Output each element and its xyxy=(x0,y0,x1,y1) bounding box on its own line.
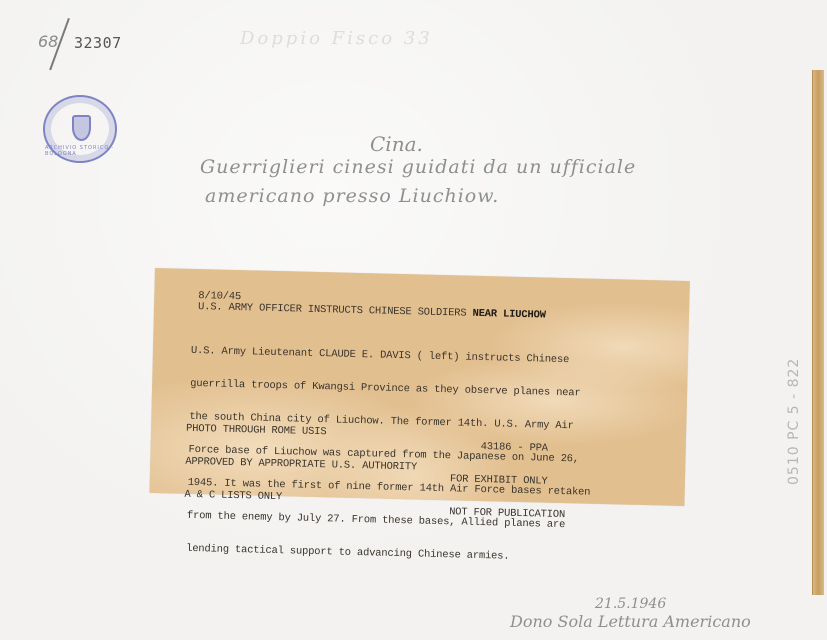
reference-line: NOT FOR PUBLICATION xyxy=(449,507,565,521)
body-line: lending tactical support to advancing Ch… xyxy=(186,544,589,565)
body-line: U.S. Army Lieutenant CLAUDE E. DAVIS ( l… xyxy=(191,346,594,367)
credit-line: PHOTO THROUGH ROME USIS xyxy=(186,424,418,441)
handwritten-caption-line: americano presso Liuchiow. xyxy=(205,185,499,207)
handwritten-caption-line: Guerriglieri cinesi guidati da un uffici… xyxy=(200,156,636,178)
credit-line: APPROVED BY APPROPRIATE U.S. AUTHORITY xyxy=(185,457,417,474)
credit-line: A & C LISTS ONLY xyxy=(184,490,416,507)
reference-line: FOR EXHIBIT ONLY xyxy=(450,474,566,488)
headline-text: U.S. ARMY OFFICER INSTRUCTS CHINESE SOLD… xyxy=(198,301,473,320)
clipping-credit: PHOTO THROUGH ROME USIS APPROVED BY APPR… xyxy=(184,402,419,529)
body-line: guerrilla troops of Kwangsi Province as … xyxy=(190,379,593,400)
archive-stamp: ARCHIVIO STORICO · BOLOGNA xyxy=(43,95,117,163)
archive-prefix: 68 xyxy=(38,32,58,51)
typed-caption-clipping: 8/10/45 U.S. ARMY OFFICER INSTRUCTS CHIN… xyxy=(150,268,690,506)
footer-date: 21.5.1946 xyxy=(595,596,666,612)
faint-pencil-note: Doppio Fisco 33 xyxy=(240,28,433,49)
handwritten-title: Cina. xyxy=(370,132,423,156)
side-code: 0510 PC 5 - 822 xyxy=(786,358,802,485)
footer-note: Dono Sola Lettura Americano xyxy=(510,612,751,631)
reference-line: 43186 - PPA xyxy=(451,441,567,455)
clipping-reference: 43186 - PPA FOR EXHIBIT ONLY NOT FOR PUB… xyxy=(448,419,567,543)
clipping-headline: U.S. ARMY OFFICER INSTRUCTS CHINESE SOLD… xyxy=(198,302,546,321)
archive-number: 32307 xyxy=(74,34,122,52)
document-page: 68 32307 Doppio Fisco 33 ARCHIVIO STORIC… xyxy=(0,0,827,640)
stamp-text: ARCHIVIO STORICO · BOLOGNA xyxy=(45,97,115,161)
page-edge-strip xyxy=(812,70,824,595)
headline-emphasis: NEAR LIUCHOW xyxy=(472,308,545,322)
